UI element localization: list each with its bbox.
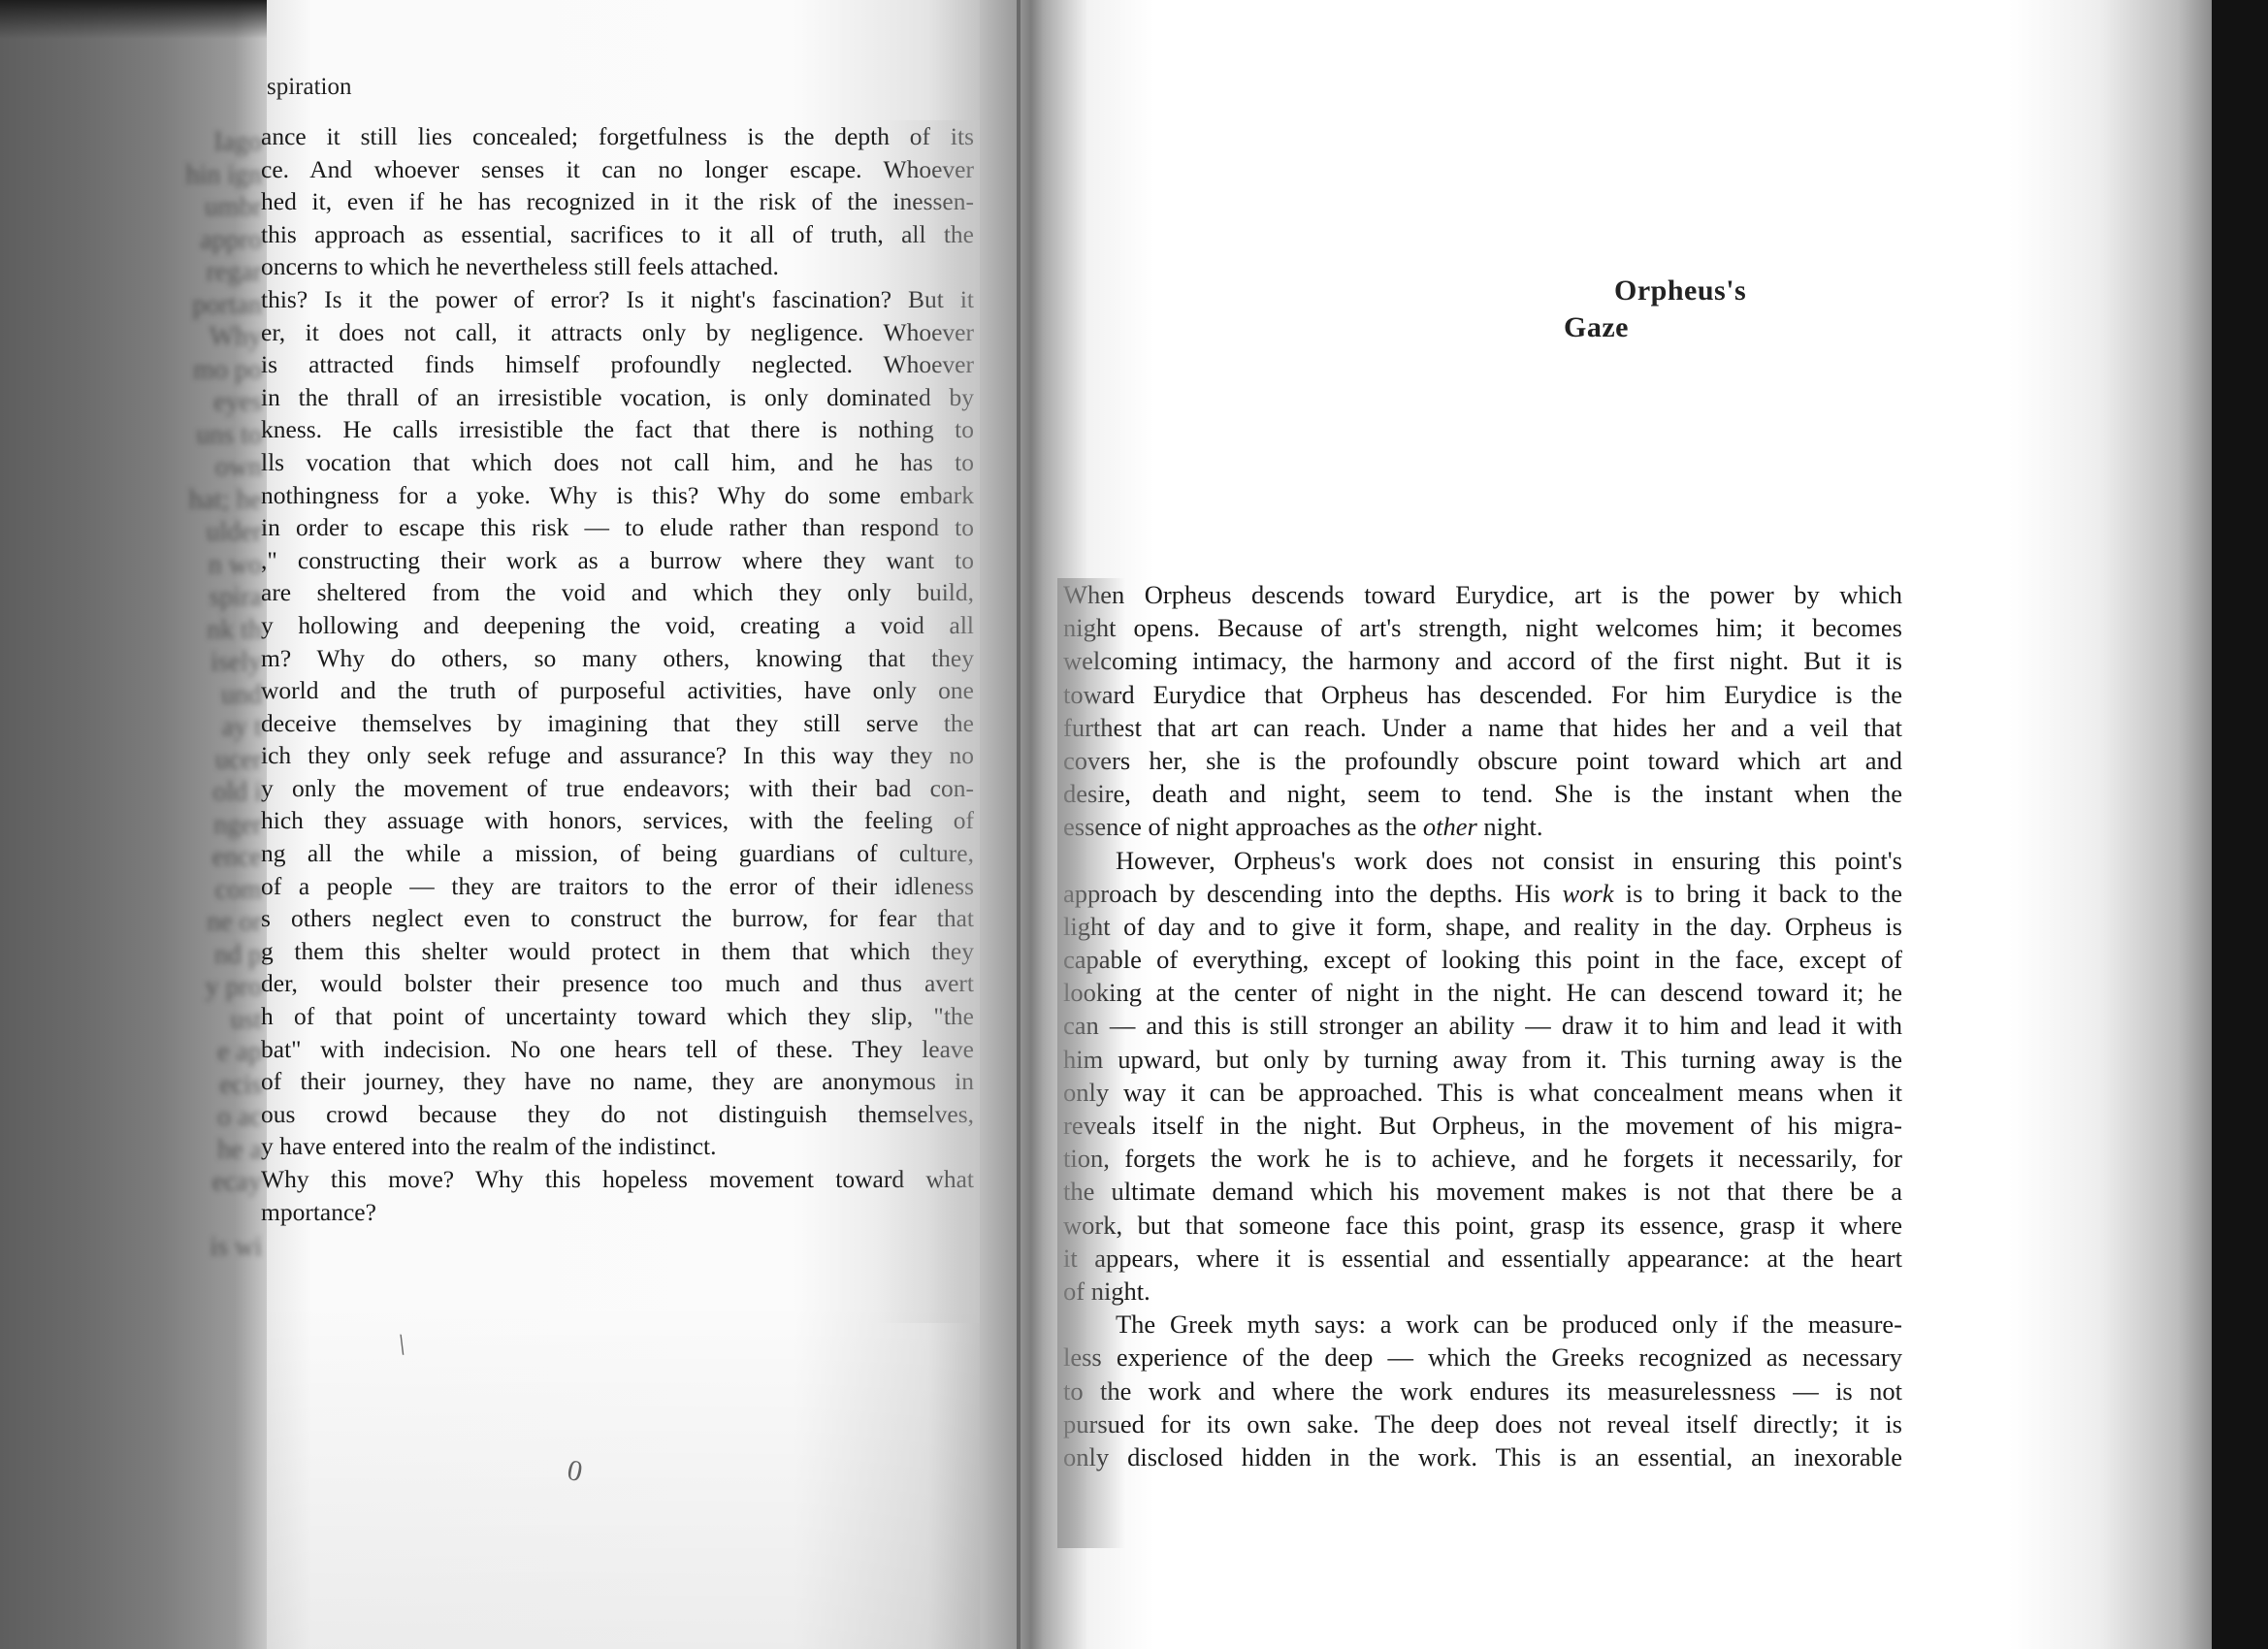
text-line: ous crowd because they do not distinguis… xyxy=(261,1098,974,1131)
text-line: hich they assuage with honors, services,… xyxy=(261,804,974,837)
blurred-text-fragment: e ap xyxy=(116,1036,262,1069)
blurred-text-fragment: old i xyxy=(116,776,262,809)
text-line: mportance? xyxy=(261,1196,974,1229)
text-line: essence of night approaches as the other… xyxy=(1063,810,1902,843)
blurred-text-fragment: n wo xyxy=(116,549,262,582)
running-head: spiration xyxy=(267,74,352,101)
text-line: this? Is it the power of error? Is it ni… xyxy=(261,283,974,316)
blurred-text-fragment: he a xyxy=(116,1134,262,1167)
text-line: deceive themselves by imagining that the… xyxy=(261,707,974,740)
text-line: h of that point of uncertainty toward wh… xyxy=(261,1000,974,1033)
blurred-text-fragment: ucer xyxy=(116,744,262,777)
text-line: nothingness for a yoke. Why is this? Why… xyxy=(261,479,974,512)
text-line: Why this move? Why this hopeless movemen… xyxy=(261,1163,974,1196)
text-line: ng all the while a mission, of being gua… xyxy=(261,837,974,870)
text-line: only disclosed hidden in the work. This … xyxy=(1063,1440,1902,1473)
text-line: hed it, even if he has recognized in it … xyxy=(261,185,974,218)
text-line: kness. He calls irresistible the fact th… xyxy=(261,413,974,446)
text-line: covers her, she is the profoundly obscur… xyxy=(1063,744,1902,777)
chapter-title-line-2: Gaze xyxy=(1564,311,1629,344)
text-line: looking at the center of night in the ni… xyxy=(1063,976,1902,1009)
text-line: in order to escape this risk — to elude … xyxy=(261,511,974,544)
text-line: m? Why do others, so many others, knowin… xyxy=(261,642,974,675)
blurred-text-fragment: ay t xyxy=(116,711,262,744)
text-line: When Orpheus descends toward Eurydice, a… xyxy=(1063,578,1902,611)
blurred-text-fragment: nger xyxy=(116,809,262,842)
text-line: bat" with indecision. No one hears tell … xyxy=(261,1033,974,1066)
text-line: of their journey, they have no name, the… xyxy=(261,1065,974,1098)
text-line: pursued for its own sake. The deep does … xyxy=(1063,1407,1902,1440)
blurred-text-fragment: ecis xyxy=(116,1069,262,1102)
italic-word: other xyxy=(1423,812,1477,841)
text-line: lls vocation that which does not call hi… xyxy=(261,446,974,479)
blurred-text-fragment: hat; he xyxy=(116,484,262,517)
blurred-text-fragment: ecay xyxy=(116,1166,262,1199)
text-line: g them this shelter would protect in the… xyxy=(261,935,974,968)
paragraph: However, Orpheus's work does not consist… xyxy=(1063,844,1902,1309)
text-line: this approach as essential, sacrifices t… xyxy=(261,218,974,251)
text-line: tion, forgets the work he is to achieve,… xyxy=(1063,1142,1902,1175)
text-line: capable of everything, except of looking… xyxy=(1063,943,1902,976)
blurred-text-fragment: ulder xyxy=(116,516,262,549)
text-line: reveals itself in the night. But Orpheus… xyxy=(1063,1109,1902,1142)
text-line: er, it does not call, it attracts only b… xyxy=(261,316,974,349)
blurred-text-fragment: com xyxy=(116,874,262,907)
italic-word: work xyxy=(1563,879,1614,908)
text-line: him upward, but only by turning away fro… xyxy=(1063,1043,1902,1076)
blurred-text-fragment xyxy=(116,1199,262,1232)
text-line: light of day and to give it form, shape,… xyxy=(1063,910,1902,943)
text-line: of night. xyxy=(1063,1275,1902,1308)
blurred-text-fragment: Iago xyxy=(116,126,262,159)
text-line: can — and this is still stronger an abil… xyxy=(1063,1009,1902,1042)
blurred-text-fragment: portan xyxy=(116,289,262,322)
text-line: welcoming intimacy, the harmony and acco… xyxy=(1063,644,1902,677)
text-line: only way it can be approached. This is w… xyxy=(1063,1076,1902,1109)
top-shadow xyxy=(0,0,267,39)
text-line: to the work and where the work endures i… xyxy=(1063,1374,1902,1407)
text-line: furthest that art can reach. Under a nam… xyxy=(1063,711,1902,744)
text-line: oncerns to which he nevertheless still f… xyxy=(261,250,974,283)
text-line: y only the movement of true endeavors; w… xyxy=(261,772,974,805)
text-line: However, Orpheus's work does not consist… xyxy=(1063,844,1902,877)
text-line: the ultimate demand which his movement m… xyxy=(1063,1175,1902,1208)
blurred-text-fragment: spira xyxy=(116,581,262,614)
blurred-text-fragment: eyes xyxy=(116,386,262,419)
text-line: is attracted finds himself profoundly ne… xyxy=(261,348,974,381)
left-page: spiration ance it still lies concealed; … xyxy=(267,0,1019,1649)
blurred-curled-text: Iagohin ignumbrapproregarportanWhymo poe… xyxy=(116,126,262,1264)
text-line: der, would bolster their presence too mu… xyxy=(261,967,974,1000)
blurred-text-fragment: o ac xyxy=(116,1101,262,1134)
text-line: work, but that someone face this point, … xyxy=(1063,1209,1902,1242)
text-line: it appears, where it is essential and es… xyxy=(1063,1242,1902,1275)
blurred-text-fragment: und xyxy=(116,679,262,712)
paragraph: When Orpheus descends toward Eurydice, a… xyxy=(1063,578,1902,844)
blurred-text-fragment: nd p xyxy=(116,939,262,972)
text-line: approach by descending into the depths. … xyxy=(1063,877,1902,910)
blurred-text-fragment: is wi xyxy=(116,1231,262,1264)
book-spread: Iagohin ignumbrapproregarportanWhymo poe… xyxy=(0,0,2268,1649)
text-line: of a people — they are traitors to the e… xyxy=(261,870,974,903)
text-line: are sheltered from the void and which th… xyxy=(261,576,974,609)
blurred-text-fragment: Why xyxy=(116,321,262,354)
gutter-crease xyxy=(1017,0,1021,1649)
blurred-text-fragment: appro xyxy=(116,224,262,257)
text-line: s others neglect even to construct the b… xyxy=(261,902,974,935)
blurred-text-fragment: isely xyxy=(116,646,262,679)
blurred-text-fragment: hin ign xyxy=(116,159,262,192)
blurred-text-fragment: mo po xyxy=(116,354,262,387)
blurred-text-fragment: uns to xyxy=(116,419,262,452)
text-line: toward Eurydice that Orpheus has descend… xyxy=(1063,678,1902,711)
blurred-text-fragment: regar xyxy=(116,256,262,289)
left-page-body: ance it still lies concealed; forgetfuln… xyxy=(261,120,974,1228)
page-bottom-shade xyxy=(267,1300,1019,1649)
text-line: ance it still lies concealed; forgetfuln… xyxy=(261,120,974,153)
text-line: ce. And whoever senses it can no longer … xyxy=(261,153,974,186)
curled-page-stack: Iagohin ignumbrapproregarportanWhymo poe… xyxy=(0,0,267,1649)
text-line: ," constructing their work as a burrow w… xyxy=(261,544,974,577)
text-line: y have entered into the realm of the ind… xyxy=(261,1130,974,1163)
blurred-text-fragment: ne or xyxy=(116,906,262,939)
chapter-title-line-1: Orpheus's xyxy=(1614,275,1746,307)
text-line: The Greek myth says: a work can be produ… xyxy=(1063,1308,1902,1341)
blurred-text-fragment: ust xyxy=(116,1004,262,1037)
text-line: world and the truth of purposeful activi… xyxy=(261,674,974,707)
blurred-text-fragment: y pro xyxy=(116,971,262,1004)
text-line: less experience of the deep — which the … xyxy=(1063,1341,1902,1374)
text-line: desire, death and night, seem to tend. S… xyxy=(1063,777,1902,810)
blurred-text-fragment: ence xyxy=(116,841,262,874)
text-line: ich they only seek refuge and assurance?… xyxy=(261,739,974,772)
text-line: y hollowing and deepening the void, crea… xyxy=(261,609,974,642)
blurred-text-fragment: own xyxy=(116,451,262,484)
paragraph: The Greek myth says: a work can be produ… xyxy=(1063,1308,1902,1473)
blurred-text-fragment: nk th xyxy=(116,614,262,647)
scanner-edge xyxy=(2212,0,2268,1649)
blurred-text-fragment: umbr xyxy=(116,191,262,224)
right-page-body: When Orpheus descends toward Eurydice, a… xyxy=(1063,578,1902,1473)
text-line: in the thrall of an irresistible vocatio… xyxy=(261,381,974,414)
text-line: night opens. Because of art's strength, … xyxy=(1063,611,1902,644)
